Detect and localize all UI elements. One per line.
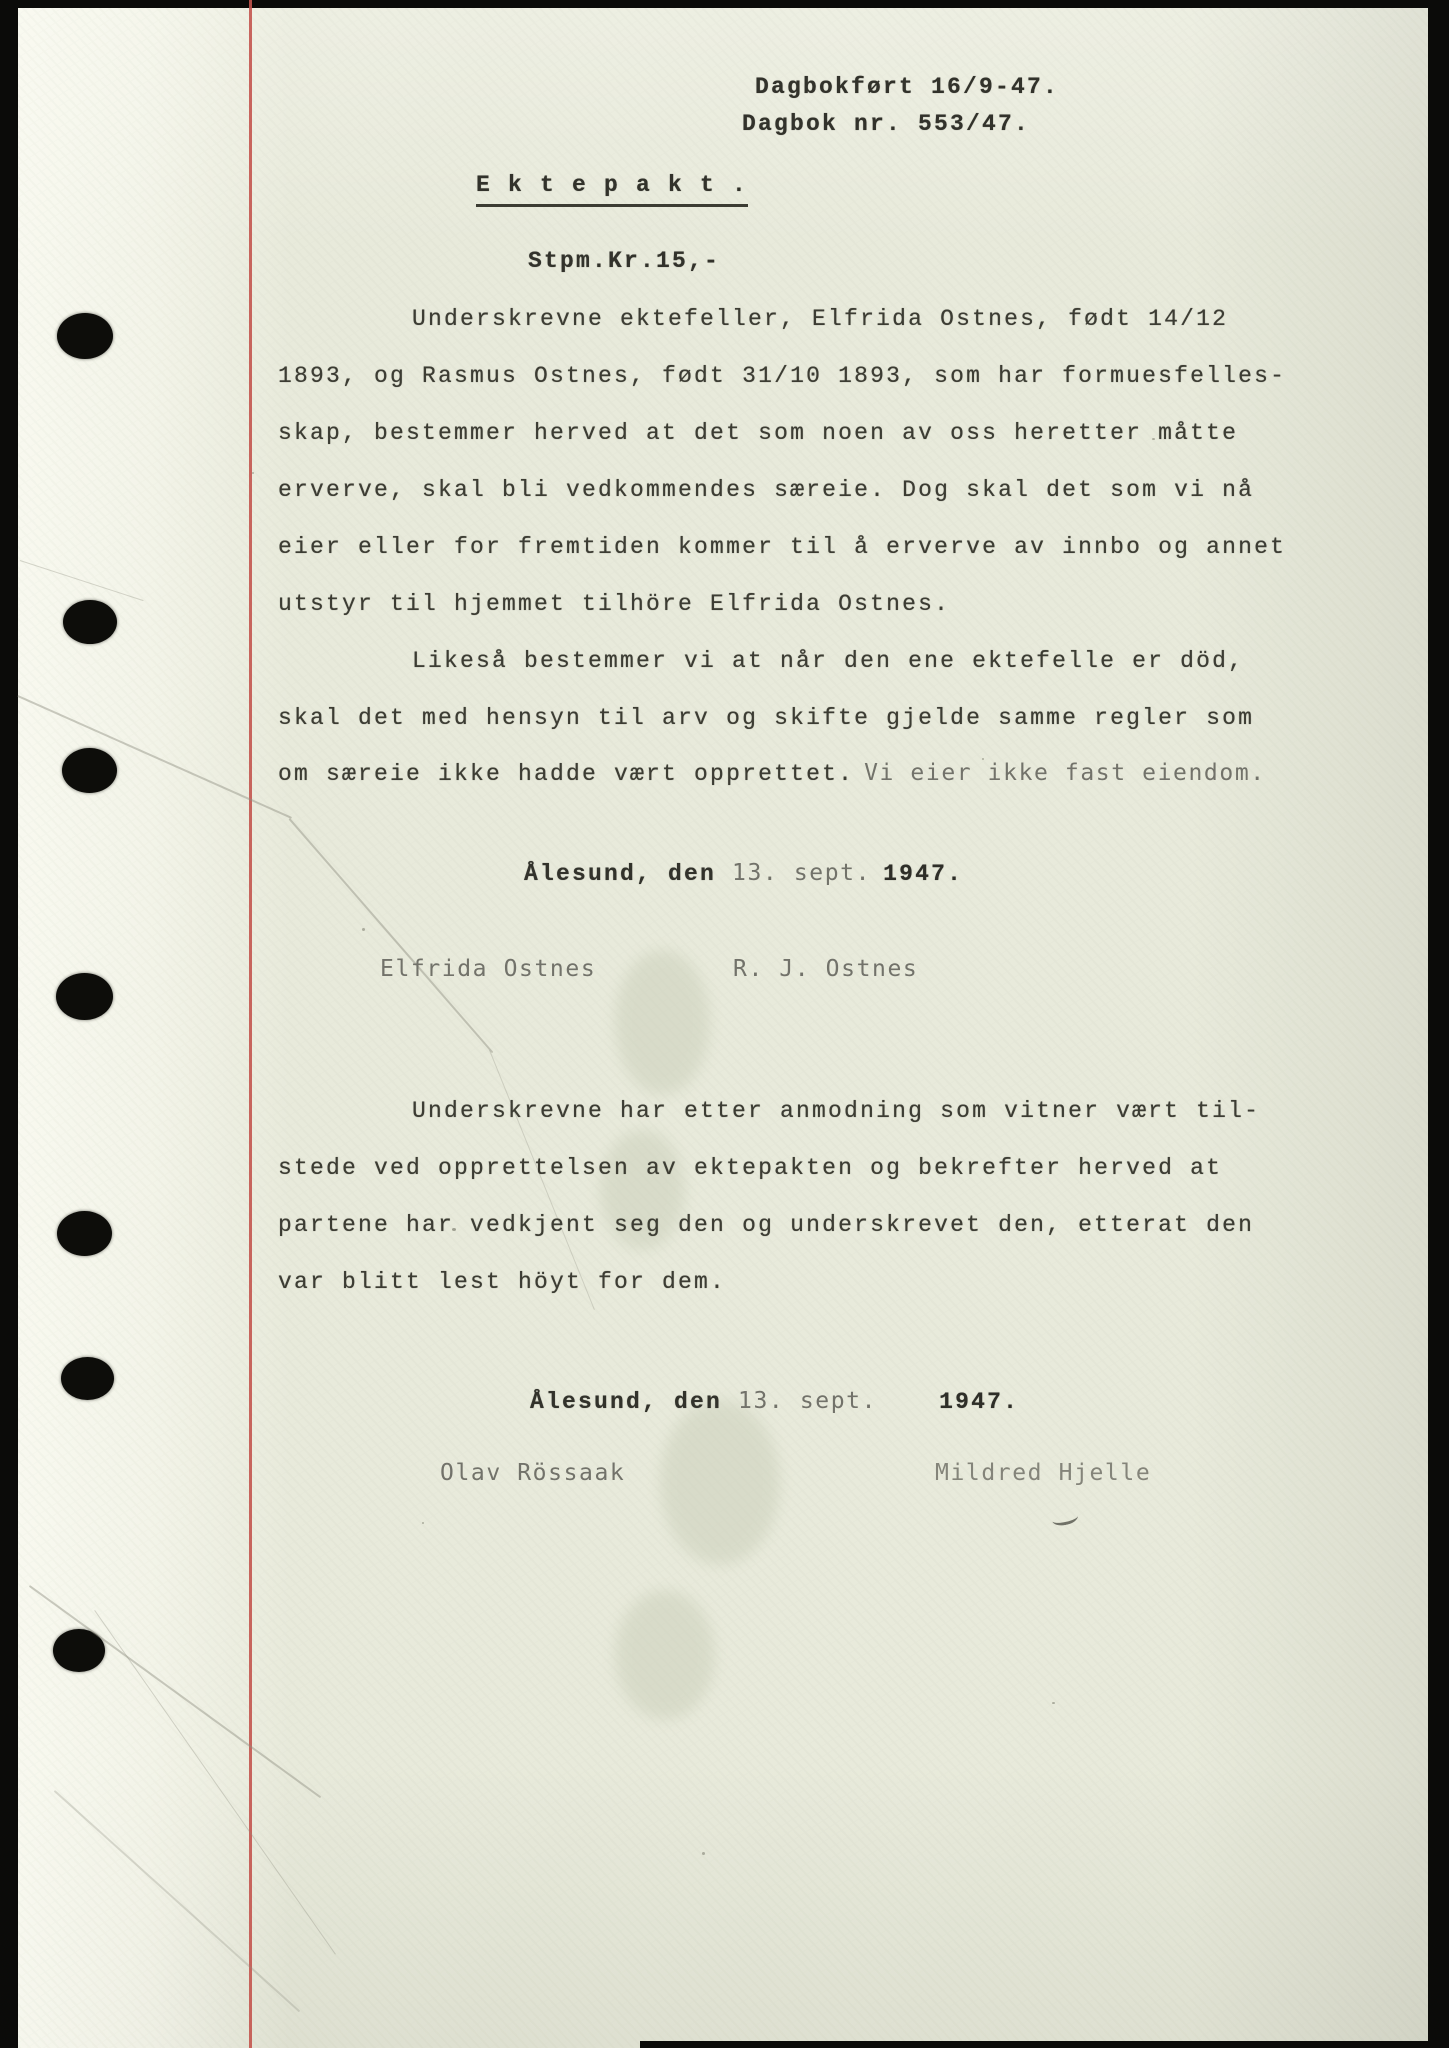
witness-line: stede ved opprettelsen av ektepakten og … [278, 1155, 1222, 1181]
dateline-year: 1947. [939, 1389, 1019, 1415]
contract-line: om særeie ikke hadde vært opprettet.Vi e… [278, 760, 1266, 787]
signature-olav-rossaak: Olav Rössaak [440, 1460, 625, 1486]
dateline-year: 1947. [883, 861, 963, 887]
contract-line: skal det med hensyn til arv og skifte gj… [278, 705, 1254, 731]
document-title: E k t e p a k t . [476, 172, 748, 198]
bleedthrough-mark [615, 1590, 715, 1720]
contract-line: eier eller for fremtiden kommer til å er… [278, 534, 1286, 560]
speck [422, 1522, 424, 1524]
punch-hole [61, 1357, 114, 1400]
diary-entry-line: Dagbokført 16/9-47. [755, 74, 1059, 100]
dateline-place: Ålesund, den [524, 861, 716, 887]
signature-elfrida-ostnes: Elfrida Ostnes [380, 956, 596, 982]
signature-mildred-hjelle: Mildred Hjelle [935, 1460, 1151, 1486]
scan-edge-right [1428, 0, 1449, 2048]
scratch-mark [54, 1790, 301, 2012]
contract-line: Underskrevne ektefeller, Elfrida Ostnes,… [412, 306, 1228, 332]
punch-hole [57, 1211, 112, 1256]
scanned-document-page: Dagbokført 16/9-47. Dagbok nr. 553/47. E… [0, 0, 1449, 2048]
witness-line: Underskrevne har etter anmodning som vit… [412, 1098, 1260, 1124]
scan-edge-left [0, 0, 18, 2048]
punch-hole [57, 313, 113, 359]
witness-line: var blitt lest höyt for dem. [278, 1269, 726, 1295]
punch-hole [56, 973, 113, 1020]
diary-number-line: Dagbok nr. 553/47. [742, 111, 1030, 137]
signature-r-j-ostnes: R. J. Ostnes [733, 956, 918, 982]
contract-line: Likeså bestemmer vi at når den ene ektef… [412, 648, 1244, 674]
scratch-mark [29, 1585, 321, 1798]
bleedthrough-mark [615, 950, 710, 1095]
scratch-mark [288, 818, 493, 1053]
dateline-day: 13. sept. [738, 1388, 877, 1414]
contract-line: utstyr til hjemmet tilhöre Elfrida Ostne… [278, 591, 950, 617]
speck [702, 1852, 705, 1855]
dateline-place: Ålesund, den [530, 1389, 722, 1415]
dateline-second: Ålesund, den13. sept.1947. [530, 1388, 1019, 1415]
contract-line: skap, bestemmer herved at det som noen a… [278, 420, 1238, 446]
scan-edge-top [0, 0, 1449, 8]
speck [252, 472, 254, 474]
punch-hole [63, 600, 117, 644]
contract-line: erverve, skal bli vedkommendes særeie. D… [278, 477, 1254, 503]
dateline-day: 13. sept. [732, 860, 871, 886]
contract-line-text: om særeie ikke hadde vært opprettet. [278, 761, 854, 787]
ink-squiggle [1051, 1509, 1079, 1527]
bleedthrough-mark [660, 1400, 780, 1565]
no-real-estate-note: Vi eier ikke fast eiendom. [864, 760, 1266, 786]
punch-hole [62, 748, 117, 793]
dateline-first: Ålesund, den13. sept.1947. [524, 860, 963, 887]
speck [1052, 1702, 1055, 1704]
witness-line: partene har vedkjent seg den og underskr… [278, 1212, 1254, 1238]
scratch-mark [20, 560, 144, 601]
document-title-text: E k t e p a k t . [476, 172, 748, 207]
stamp-fee: Stpm.Kr.15,- [528, 248, 720, 274]
speck [362, 928, 365, 931]
scan-edge-bottom [640, 2041, 1449, 2048]
contract-line: 1893, og Rasmus Ostnes, født 31/10 1893,… [278, 363, 1286, 389]
margin-line [249, 0, 252, 2048]
